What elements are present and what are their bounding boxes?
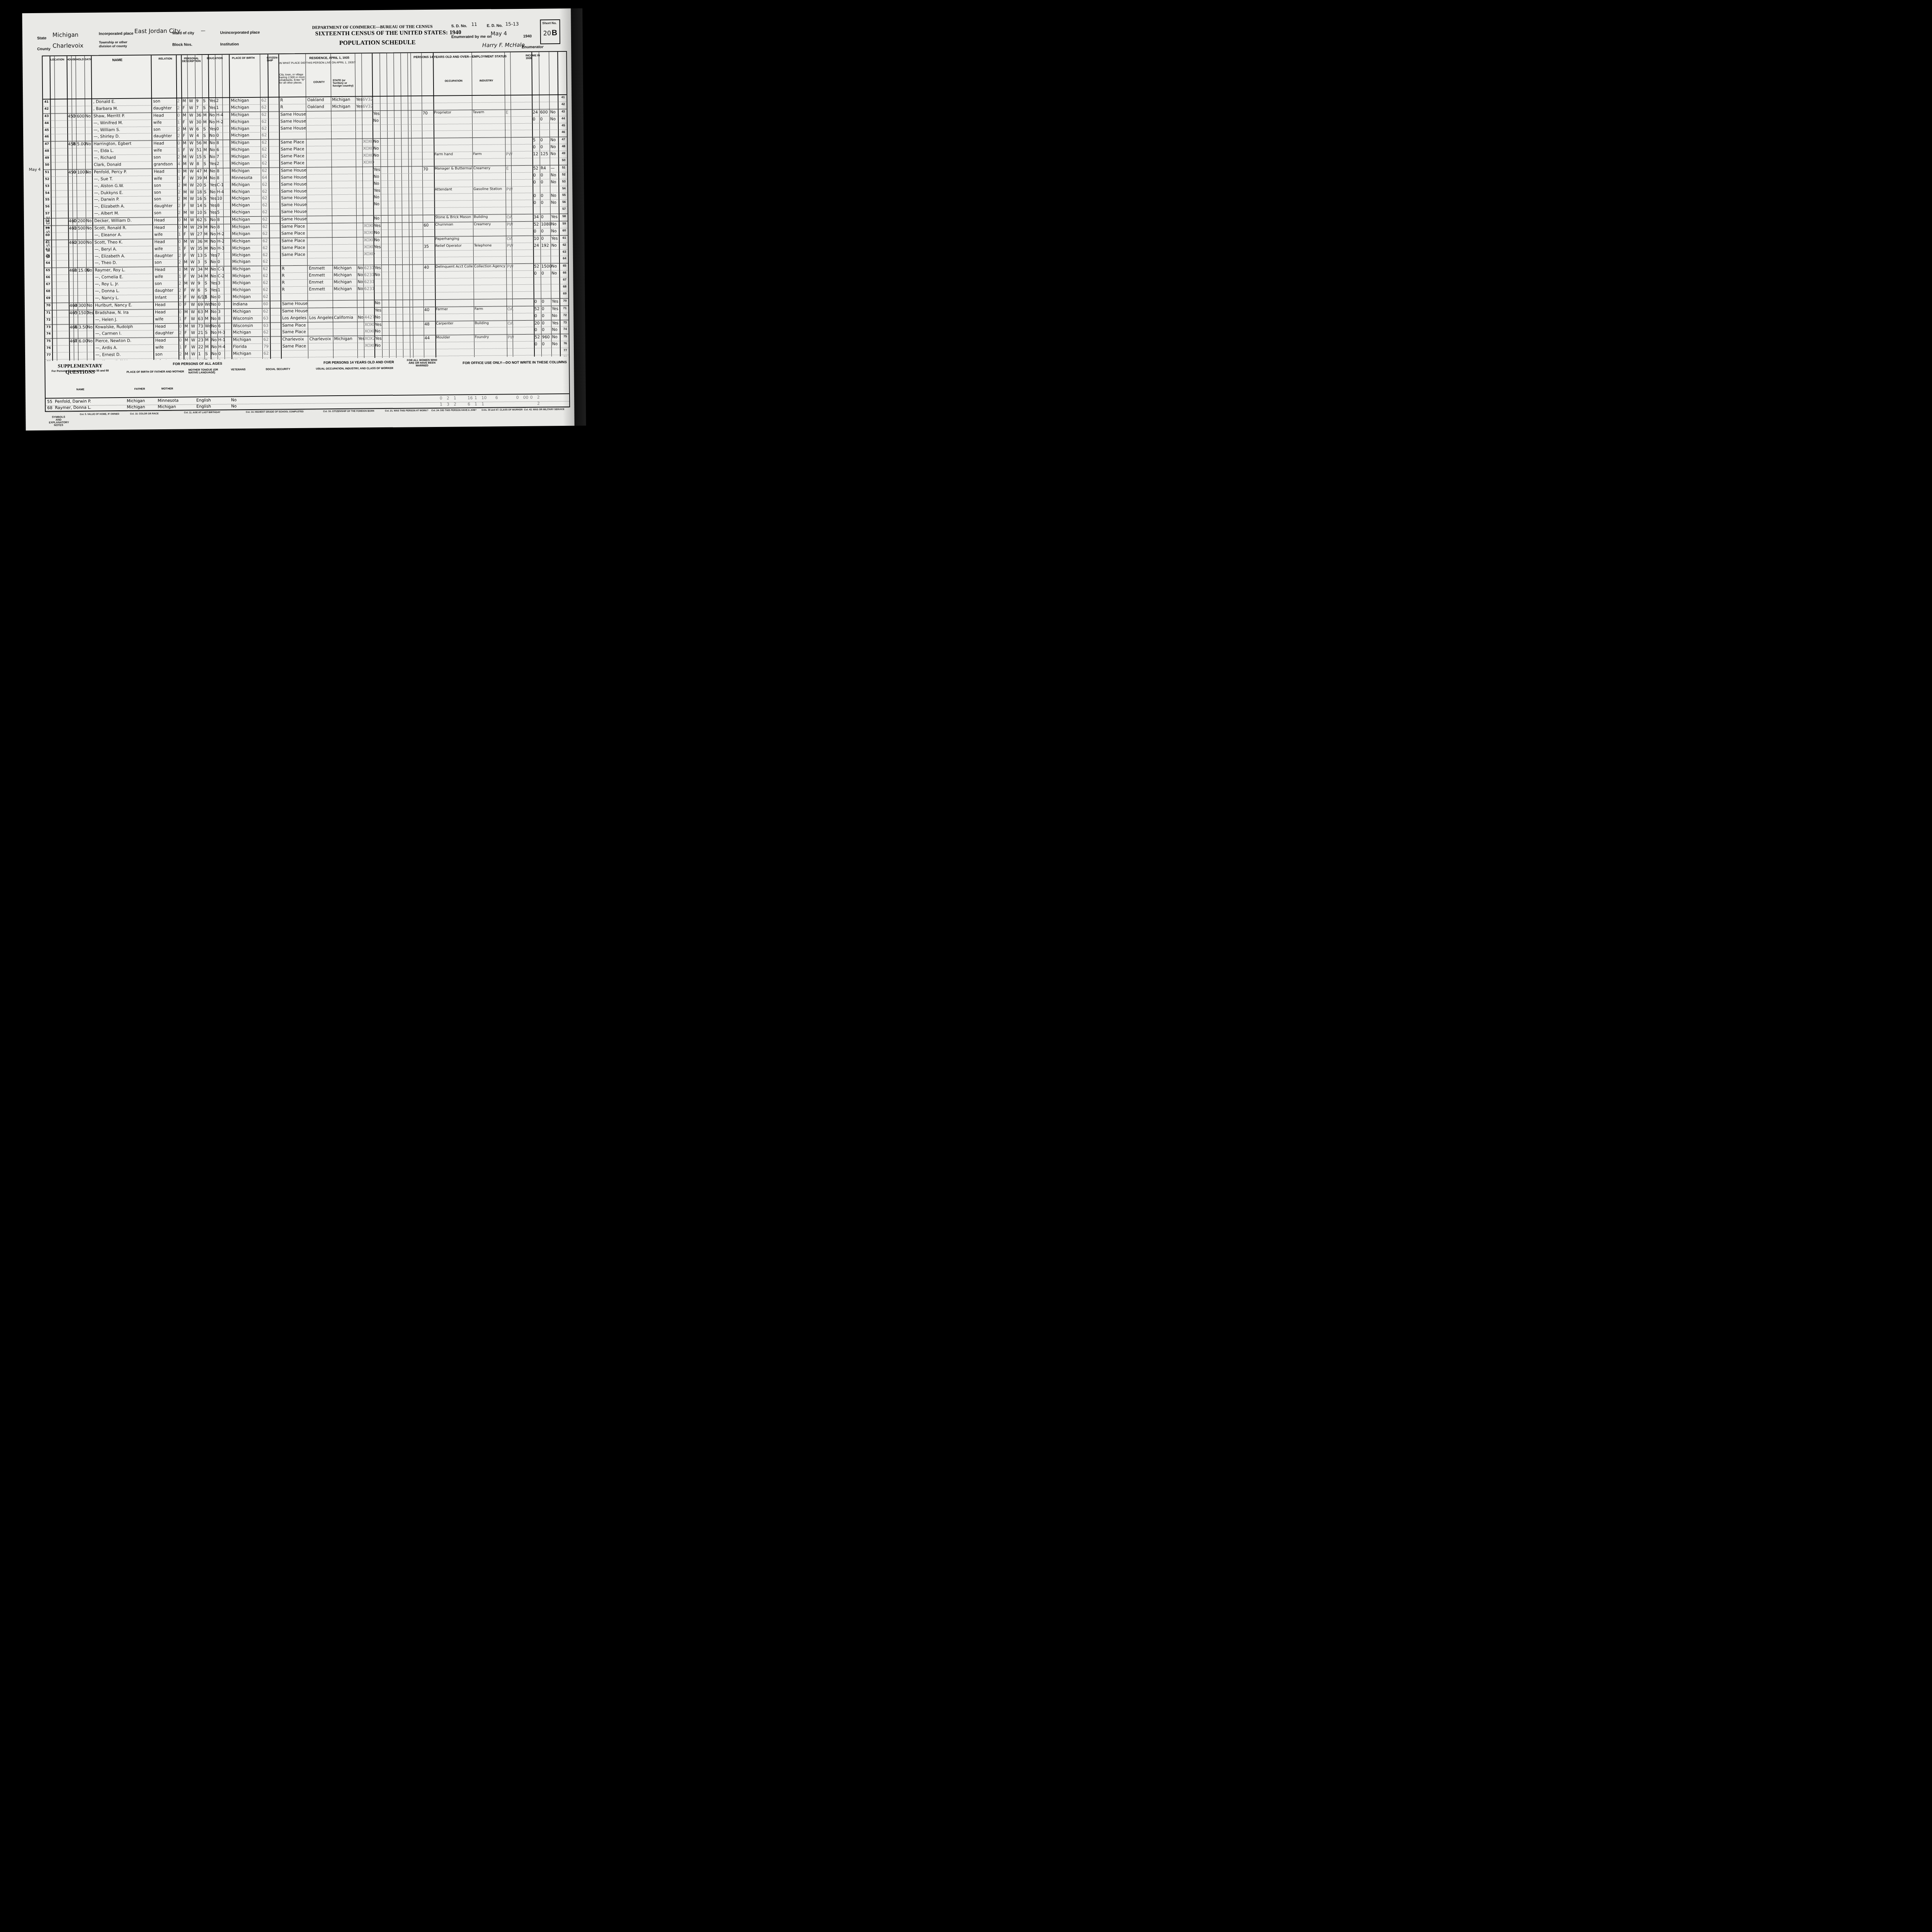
relation-code: 1 (178, 232, 181, 237)
row-line-number: 54 (44, 191, 51, 194)
marital-status: Wd (205, 323, 211, 328)
occupation: Moulder (436, 336, 451, 340)
birthplace-code: 62 (264, 351, 269, 356)
row-line-number: 55 (44, 198, 51, 201)
hours-worked: 48 (424, 322, 429, 327)
explanatory-notes: SYMBOLS AND EXPLANATORY NOTES Col. 5. VA… (45, 408, 568, 430)
row-line-number: 47 (43, 142, 50, 146)
birthplace: Michigan (232, 253, 250, 257)
school-attendance: Yes (210, 196, 216, 201)
race: W (191, 310, 195, 314)
residence-1935-city: Same House (281, 217, 307, 222)
supp-office-code: 0 (440, 396, 442, 401)
census-sheet: State Michigan County Charlevoix Incorpo… (22, 9, 574, 430)
residence-code: XOXO (365, 343, 376, 348)
race: W (190, 274, 194, 279)
row-line-number-right: 78 (561, 355, 570, 359)
birthplace: Michigan (231, 189, 250, 194)
wages: 0 (542, 299, 544, 304)
relation-code: 2 (179, 281, 181, 286)
other-income: No (551, 229, 556, 233)
supp-father-birthplace: Michigan (127, 398, 145, 403)
residence-1935-state: Michigan (332, 104, 350, 109)
marital-status: S (205, 288, 207, 293)
race: W (191, 352, 195, 356)
marital-status: M (204, 232, 207, 236)
supp-veteran-status: No (231, 404, 236, 408)
birthplace: Michigan (231, 133, 249, 138)
supp-usual-occupation: USUAL OCCUPATION, INDUSTRY, AND CLASS OF… (316, 367, 393, 371)
at-work: No (373, 118, 379, 123)
person-name: —, Beryl A. (95, 247, 117, 252)
residence-code: XOXO (363, 146, 374, 151)
race: W (189, 134, 193, 138)
grade-completed: H-1 (218, 338, 225, 342)
relation: son (154, 211, 162, 215)
race: W (189, 120, 193, 124)
birthplace-code: 62 (263, 287, 268, 292)
occupation: Carpenter (436, 321, 453, 325)
relation: Head (154, 218, 165, 223)
other-income: No (551, 180, 556, 184)
at-work: No (374, 181, 379, 186)
race: W (189, 148, 193, 153)
row-line-number-right: 62 (560, 243, 569, 247)
school-attendance: No (211, 345, 217, 349)
row-line-number-right: 66 (560, 271, 569, 274)
age: 39 (197, 176, 202, 180)
school-attendance: No (209, 133, 215, 138)
school-attendance: Yes (209, 99, 216, 103)
relation: Head (153, 141, 164, 146)
age: 34 (197, 274, 202, 279)
relation-code: 1 (179, 345, 182, 350)
relation: daughter (155, 331, 174, 335)
school-attendance: Yes (211, 281, 217, 286)
grade-completed: 2 (217, 162, 219, 166)
age: 18 (197, 190, 202, 194)
other-income: No (552, 335, 558, 339)
sheet-side: B (552, 29, 558, 37)
weeks-worked: 0 (535, 342, 537, 347)
school-attendance: Yes (209, 126, 216, 131)
birthplace-code: 64 (262, 175, 267, 180)
wages: 1080 (541, 222, 551, 226)
residence-1935-city: Same House (282, 301, 308, 306)
person-name: Scott, Ronald R. (94, 226, 126, 231)
school-attendance: No (210, 169, 215, 173)
school-attendance: Yes (209, 105, 216, 110)
occupation: Attendant (435, 187, 452, 191)
ed-value: 15-13 (505, 21, 519, 27)
other-income: No (552, 328, 557, 332)
class-of-worker: PW (508, 335, 514, 340)
birthplace: Michigan (231, 140, 249, 145)
birthplace-code: 63 (263, 323, 268, 328)
row-line-number: 41 (43, 100, 50, 104)
person-name: —, Elizabeth A. (95, 254, 125, 259)
age: 8 (197, 162, 199, 166)
row-line-number: 42 (43, 107, 50, 110)
relation: wife (155, 317, 163, 321)
row-line-number: 56 (44, 205, 51, 208)
birthplace: Florida (233, 344, 247, 349)
row-line-number-right: 77 (561, 349, 570, 352)
birthplace-code: 62 (262, 168, 267, 173)
row-line-number: 73 (45, 325, 52, 328)
class-of-worker: PW (507, 243, 514, 248)
incorporated-place-label: Incorporated place (99, 32, 134, 36)
supp-person-name: Raymer, Donna L. (55, 405, 91, 410)
school-attendance: No (211, 310, 216, 314)
relation-code: 2 (178, 197, 180, 201)
birthplace: Michigan (232, 274, 250, 278)
other-income: Yes (552, 306, 558, 311)
age: 29 (197, 225, 202, 230)
race: W (191, 324, 195, 328)
sex: F (184, 246, 186, 251)
residence-code: XOXO (363, 139, 374, 144)
header-residence: RESIDENCE, APRIL 1, 1935 (309, 56, 349, 60)
supp-veteran-status: No (231, 398, 236, 402)
birthplace-code: 62 (261, 105, 266, 110)
relation-code: 0 (177, 113, 180, 117)
age: 36 (196, 113, 201, 117)
row-line-number: 69 (45, 296, 52, 300)
marital-status: M (204, 267, 208, 272)
unincorporated-label: Unincorporated place (220, 31, 260, 35)
wages: 0 (541, 194, 543, 198)
relation: daughter (155, 253, 173, 258)
class-of-worker: OA (507, 215, 512, 219)
ward-label: Ward of city (172, 31, 194, 35)
age: 3 (197, 260, 200, 265)
sex: M (183, 113, 186, 117)
race: W (190, 218, 194, 222)
at-work: No (375, 301, 380, 305)
institution-label: Institution (220, 42, 239, 46)
relation-code: 2 (177, 134, 180, 138)
residence-1935-county: Emmet (309, 280, 323, 285)
other-income: No (551, 173, 556, 177)
residence-1935-city: Same Place (281, 238, 305, 243)
header-res-state: STATE (or Territory or foreign country) (333, 79, 356, 88)
race: W (189, 113, 193, 117)
grade-completed: 0 (218, 302, 221, 307)
home-owned: R (74, 325, 77, 330)
sex: M (184, 310, 188, 314)
sheet-number: 20 (543, 29, 551, 37)
home-value: 300 (78, 303, 86, 308)
birthplace: Michigan (232, 217, 250, 222)
race: W (191, 295, 195, 299)
supp-line-number: 55 (47, 400, 52, 404)
relation-code: 2 (178, 190, 180, 194)
at-work: Yes (375, 308, 381, 313)
row-line-number: 45 (43, 128, 50, 131)
grade-completed: 8 (217, 176, 219, 180)
home-owned: R (75, 339, 77, 344)
school-attendance: No (209, 113, 215, 117)
relation-code: 2 (179, 352, 182, 357)
other-income: No (552, 313, 557, 318)
sex: M (184, 324, 188, 328)
birthplace: Michigan (231, 196, 250, 201)
age: 69 (198, 302, 203, 307)
at-work: No (374, 153, 379, 158)
grade-completed: 10 (217, 196, 222, 201)
row-line-number-right: 65 (560, 264, 569, 267)
notes-col42: Col. 42. WAS OR MILITARY SERVICE (524, 408, 565, 411)
race: W (190, 232, 194, 236)
ward-value: — (201, 28, 206, 33)
birthplace: Michigan (231, 105, 249, 110)
weeks-worked: 52 (534, 306, 539, 311)
residence-code: XOX2 (365, 337, 376, 341)
home-owned: O (74, 303, 77, 308)
birthplace-code: 62 (262, 182, 267, 187)
race: W (190, 225, 194, 230)
column-headers: LOCATION HOUSEHOLD DATA NAME RELATION PE… (43, 52, 566, 100)
person-name: —, Carmen I. (95, 331, 122, 336)
relation-code: 0 (177, 141, 180, 146)
department-heading: DEPARTMENT OF COMMERCE—BUREAU OF THE CEN… (312, 24, 433, 30)
marital-status: M (205, 310, 208, 314)
birthplace-code: 62 (264, 337, 269, 342)
marital-status: S (204, 162, 206, 166)
header-residence-note: IN WHAT PLACE DID THIS PERSON LIVE ON AP… (279, 61, 372, 65)
relation-code: 0 (179, 310, 182, 314)
race: W (191, 338, 195, 343)
birthplace: Michigan (233, 351, 251, 356)
row-line-number: 44 (43, 121, 50, 124)
person-name: —, Elizabeth A. (94, 204, 125, 209)
header-birthplace: PLACE OF BIRTH (232, 57, 255, 60)
age: 56 (196, 141, 201, 146)
farm-residence: No (87, 303, 92, 308)
notes-col21: Col. 21. WAS THIS PERSON AT WORK? (385, 410, 428, 412)
birthplace-code: 62 (263, 281, 268, 285)
at-work: No (374, 238, 379, 242)
weeks-worked: 34 (534, 215, 539, 219)
notes-col24: Col. 24. DID THIS PERSON HAVE A JOB? (431, 409, 476, 412)
row-line-number-right: 64 (560, 257, 569, 260)
header-res-city: City, town, or village having 2,500 or m… (279, 73, 306, 85)
class-of-worker: E (506, 166, 509, 171)
supp-mother-tongue-value: English (196, 404, 211, 409)
relation: Head (154, 240, 165, 244)
school-attendance: Yes (210, 162, 216, 166)
row-line-number: 70 (45, 303, 52, 307)
residence-1935-city: Charlevoix (282, 337, 304, 342)
notes-symbols: SYMBOLS AND EXPLANATORY NOTES (49, 416, 68, 427)
relation-code: 1 (177, 148, 180, 153)
birthplace-code: 62 (262, 126, 267, 131)
home-value: 6.00 (79, 339, 88, 344)
grade-completed: 0 (218, 352, 221, 356)
industry: Gasoline Station (473, 187, 502, 191)
marital-status: S (204, 218, 207, 222)
population-table: LOCATION HOUSEHOLD DATA NAME RELATION PE… (42, 51, 570, 362)
row-line-number-right: 56 (560, 200, 568, 204)
school-attendance: No (210, 155, 215, 159)
supp-office-code: 2 (447, 396, 449, 401)
race: W (191, 316, 195, 321)
class-of-worker: E (506, 110, 509, 115)
residence-1935-city: R (282, 280, 284, 285)
relation-code: 0 (178, 225, 181, 230)
residence-1935-state: Michigan (333, 266, 352, 270)
industry: Creamery (473, 167, 490, 170)
person-name: —, Donna L. (95, 289, 120, 294)
person-name: Bradshaw, N. Ira (95, 310, 129, 315)
row-line-number: 48 (43, 149, 50, 153)
school-attendance: No (209, 141, 215, 145)
race: W (189, 105, 193, 110)
supp-office-code: 0 (530, 395, 533, 400)
occupation: Relief Operator (435, 244, 462, 248)
at-work: No (374, 216, 379, 221)
age: 62 (197, 218, 202, 222)
sex: M (184, 281, 187, 286)
state-value: Michigan (53, 31, 78, 39)
row-line-number-right: 71 (561, 306, 569, 310)
home-value: 600 (77, 114, 85, 119)
marital-status: M (203, 120, 207, 124)
residence-1935-city: R (282, 274, 284, 278)
residence-code: XOXO (364, 322, 376, 327)
residence-1935-city: Same Place (281, 224, 305, 229)
marital-status: Wd (205, 302, 211, 307)
relation: son (155, 352, 163, 357)
header-location: LOCATION (50, 58, 64, 61)
residence-code: XOXO (364, 230, 375, 235)
birthplace: Michigan (233, 294, 251, 299)
row-line-number: 49 (44, 156, 51, 160)
residence-code: XOXO (363, 160, 374, 165)
marital-status: S (204, 210, 207, 215)
relation-code: 2 (179, 260, 181, 265)
sex: M (184, 267, 187, 272)
enumerator-label: Enumerator (522, 45, 543, 49)
header-household: HOUSEHOLD DATA (66, 58, 92, 61)
race: W (191, 302, 195, 307)
row-line-number-right: 55 (560, 193, 568, 197)
sex: M (184, 211, 187, 215)
marital-status: S (205, 295, 207, 299)
supp-mother-tongue-value: English (196, 398, 211, 403)
race: W (190, 281, 194, 286)
grade-completed: H-2 (216, 119, 223, 124)
age: 16 (197, 197, 202, 201)
wages: 1500 (541, 264, 552, 269)
residence-1935-city: Same House (281, 119, 306, 124)
residence-1935-county: Charlevoix (310, 337, 331, 342)
row-line-number-right: 69 (561, 292, 569, 295)
race: W (189, 127, 193, 131)
weeks-worked: 24 (534, 243, 539, 248)
home-value: 500 (78, 226, 85, 231)
school-attendance: No (210, 176, 215, 180)
marital-status: S (204, 253, 207, 258)
relation: son (154, 190, 161, 195)
birthplace: Michigan (231, 182, 250, 187)
residence-1935-city: Same House (282, 309, 308, 314)
row-line-number-right: 46 (559, 130, 568, 134)
at-work: No (374, 174, 379, 179)
school-attendance: Yes (211, 288, 218, 293)
wages: 0 (541, 215, 544, 219)
person-name: , Donald E. (93, 99, 115, 104)
at-work: No (373, 139, 379, 144)
farm-1935: Yes (358, 337, 365, 341)
grade-completed: 8 (217, 225, 220, 230)
supp-name-header: NAME (77, 388, 85, 391)
birthplace-code: 62 (263, 309, 268, 313)
row-line-number: 50 (44, 163, 51, 167)
person-name: Hurlburt, Nancy E. (95, 303, 133, 308)
notes-col30: Cols. 30 and 47. CLASS OF WORKER (481, 409, 522, 412)
row-line-number-right: 60 (560, 229, 568, 232)
birthplace-code: 62 (262, 210, 267, 214)
race: W (191, 345, 195, 350)
residence-1935-city: Los Angeles (282, 315, 306, 320)
wages: 0 (541, 180, 543, 184)
supp-office: FOR OFFICE USE ONLY—DO NOT WRITE IN THES… (463, 360, 567, 365)
sex: M (183, 197, 187, 201)
block-label: Block Nos. (172, 43, 192, 47)
at-work: No (373, 146, 379, 151)
weeks-worked: 0 (533, 173, 536, 177)
school-attendance: No (211, 302, 216, 307)
relation-code: 2 (179, 253, 181, 258)
marital-status: S (205, 352, 208, 356)
farm-residence: No (87, 268, 92, 273)
person-name: —, Helen J. (95, 317, 117, 322)
supp-office-code: 1 (440, 402, 442, 407)
person-name: —, Ernest D. (95, 352, 121, 357)
other-income: No (551, 243, 557, 248)
farm-residence: No (85, 114, 91, 118)
age: 10 (197, 210, 202, 215)
sex: F (184, 253, 186, 258)
wages: 0 (541, 229, 544, 233)
residence-1935-city: R (282, 267, 284, 271)
birthplace: Michigan (231, 168, 250, 173)
farm-residence: No (87, 325, 92, 329)
relation: daughter (155, 288, 173, 293)
school-attendance: Yes (211, 253, 217, 257)
person-name: —, Nancy L. (95, 296, 119, 301)
enumerated-year: 1940 (523, 34, 532, 39)
birthplace-code: 62 (263, 330, 268, 335)
birthplace: Michigan (232, 267, 250, 271)
school-attendance: No (210, 225, 216, 230)
marital-status: M (203, 141, 207, 145)
weeks-worked: 24 (533, 110, 538, 114)
farm-1935: Yes (356, 97, 362, 102)
sex: M (183, 162, 187, 167)
relation: son (154, 197, 161, 202)
other-income: No (550, 145, 556, 149)
grade-completed: 1 (216, 105, 219, 110)
supplementary-section: SUPPLEMENTARY QUESTIONS For Persons Enum… (44, 356, 570, 412)
school-attendance: No (210, 239, 216, 244)
home-value: 5.00 (77, 142, 86, 146)
sex: M (185, 352, 188, 357)
row-line-number-right: 41 (559, 95, 567, 99)
other-income: No (551, 271, 557, 276)
